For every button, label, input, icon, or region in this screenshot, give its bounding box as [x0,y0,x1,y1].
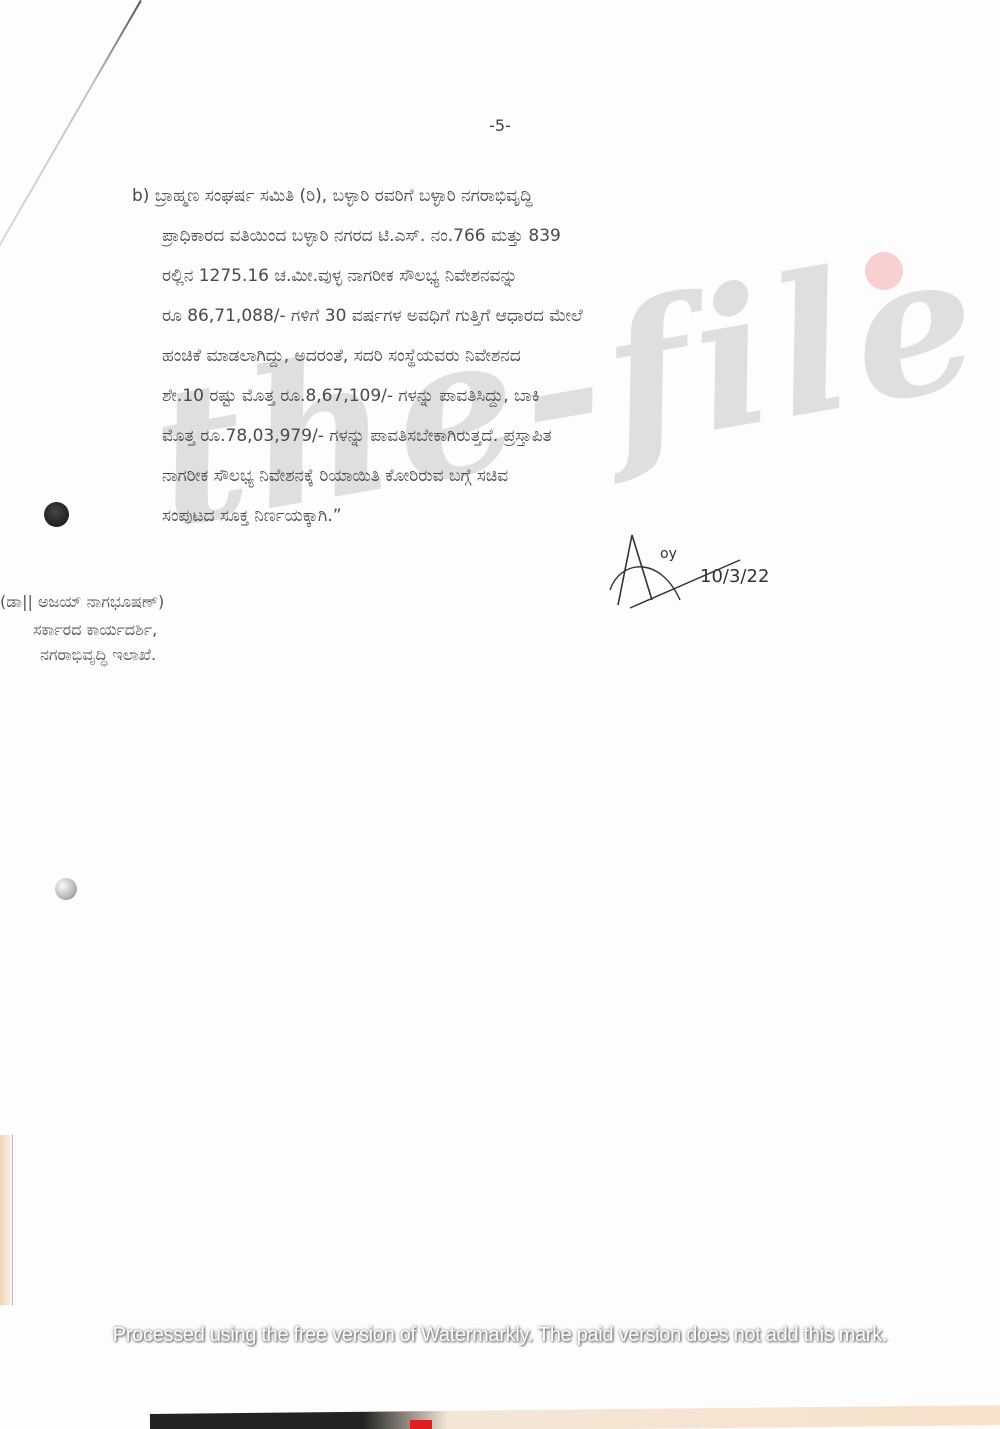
signatory-title: ಸರ್ಕಾರದ ಕಾರ್ಯದರ್ಶಿ, [33,620,157,640]
paper-fold-line [0,0,142,287]
page-number: -5- [0,116,1000,135]
signature-initials: oy [660,546,677,562]
punch-hole-top [44,502,69,527]
paragraph-line: ಹಂಚಿಕೆ ಮಾಡಲಾಗಿದ್ದು, ಅದರಂತೆ, ಸದರಿ ಸಂಸ್ಥೆಯ… [162,336,782,376]
paragraph-line: ಮೊತ್ತ ರೂ.78,03,979/- ಗಳನ್ನು ಪಾವತಿಸಬೇಕಾಗಿ… [162,416,782,456]
paragraph-line: b) ಬ್ರಾಹ್ಮಣ ಸಂಘರ್ಷ ಸಮಿತಿ (ರಿ), ಬಳ್ಳಾರಿ ರ… [132,176,782,216]
handwritten-signature: oy 10/3/22 [590,530,820,620]
watermark-dot [865,252,903,290]
paragraph-line: ಶೇ.10 ರಷ್ಟು ಮೊತ್ತ ರೂ.8,67,109/- ಗಳನ್ನು ಪ… [162,376,782,416]
signatory-name: (ಡಾ|| ಅಜಯ್ ನಾಗಭೂಷಣ್) [0,592,164,612]
punch-hole-bottom [55,878,77,900]
signatory-department: ನಗರಾಭಿವೃದ್ಧಿ ಇಲಾಖೆ. [40,645,156,665]
scanned-page: the-file. -5- b) ಬ್ರಾಹ್ಮಣ ಸಂಘರ್ಷ ಸಮಿತಿ (… [0,0,1000,1429]
paper-left-edge [0,1135,13,1305]
watermarkly-notice: Processed using the free version of Wate… [0,1324,1000,1347]
body-paragraph: b) ಬ್ರಾಹ್ಮಣ ಸಂಘರ್ಷ ಸಮಿತಿ (ರಿ), ಬಳ್ಳಾರಿ ರ… [132,176,782,536]
paragraph-line: ರಲ್ಲಿನ 1275.16 ಚ.ಮೀ.ವುಳ್ಳ ನಾಗರೀಕ ಸೌಲಭ್ಯ … [162,256,782,296]
paragraph-line: ಪ್ರಾಧಿಕಾರದ ವತಿಯಿಂದ ಬಳ್ಳಾರಿ ನಗರದ ಟಿ.ಎಸ್. … [162,216,782,256]
paragraph-line: ನಾಗರೀಕ ಸೌಲಭ್ಯ ನಿವೇಶನಕ್ಕೆ ರಿಯಾಯಿತಿ ಕೋರಿರು… [162,456,782,496]
paper-bottom-edge [150,1405,1000,1429]
paragraph-line: ರೂ 86,71,088/- ಗಳಿಗೆ 30 ವರ್ಷಗಳ ಅವಧಿಗೆ ಗು… [162,296,782,336]
paper-red-mark [410,1420,432,1429]
signature-date: 10/3/22 [700,566,769,587]
